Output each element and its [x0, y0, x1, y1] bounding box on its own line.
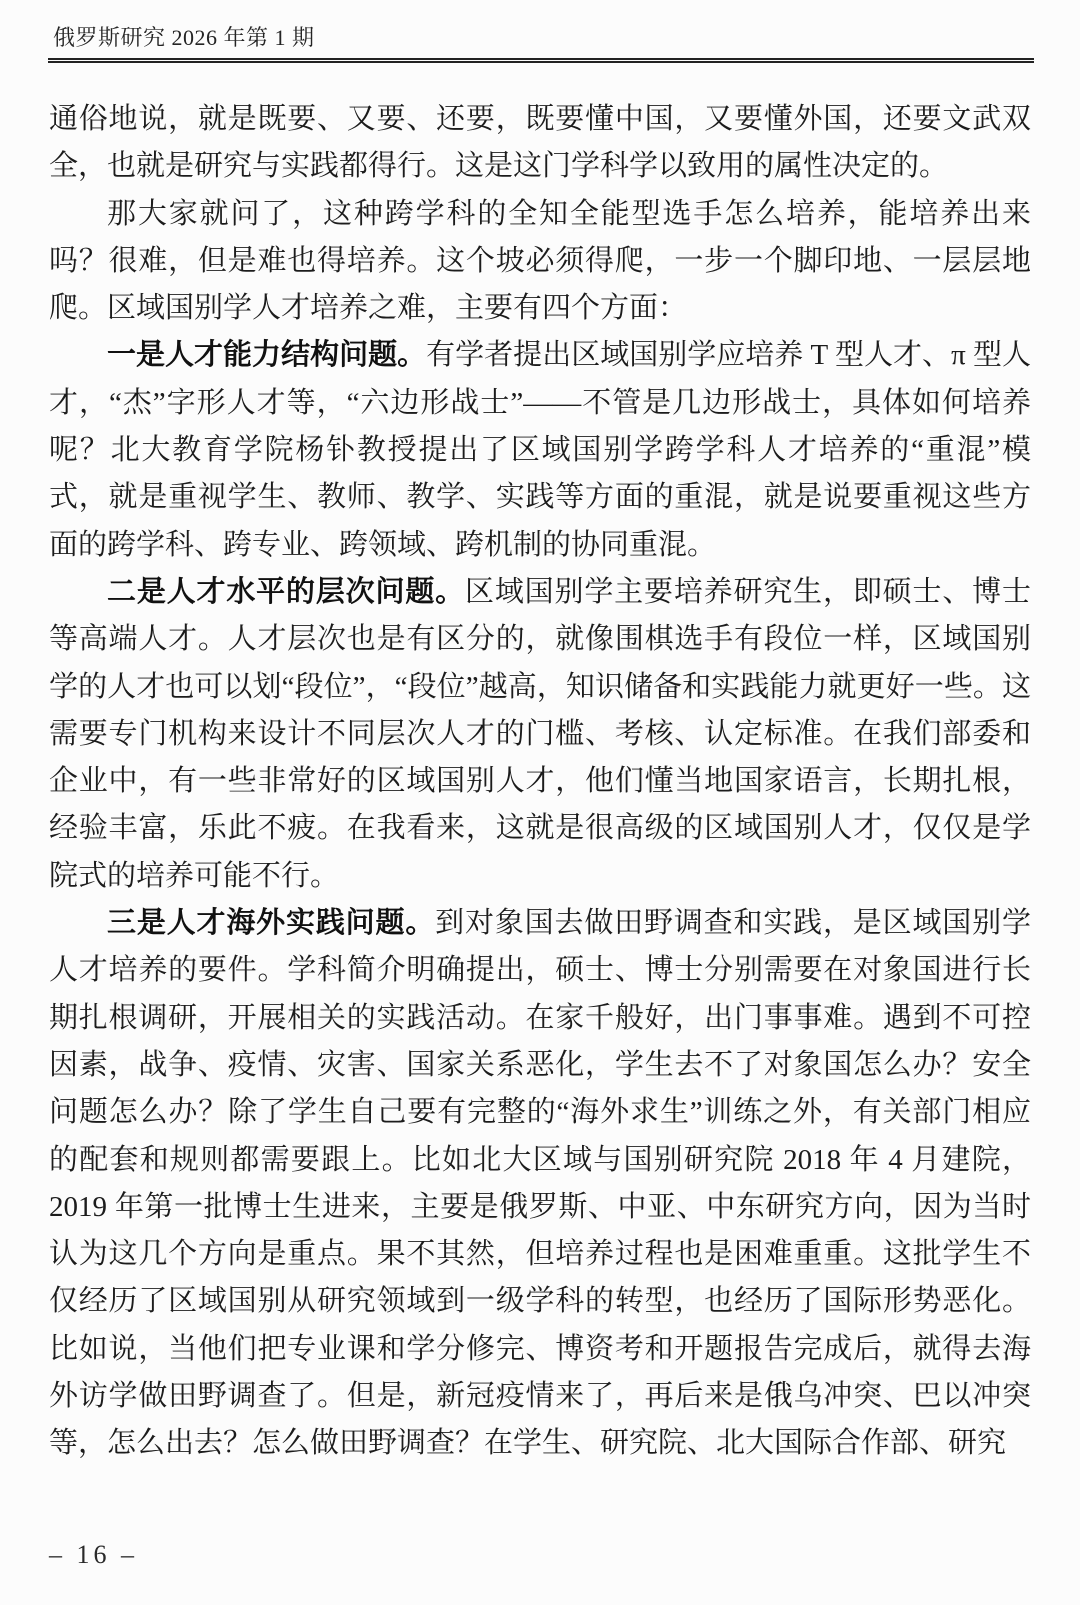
- journal-issue-header: 俄罗斯研究 2026 年第 1 期: [53, 25, 315, 51]
- paragraph-lead-bold: 三是人才海外实践问题。: [107, 907, 435, 939]
- paragraph-text: 到对象国去做田野调查和实践，是区域国别学人才培养的要件。学科简介明确提出，硕士、…: [49, 907, 1031, 1459]
- paragraph-lead-bold: 二是人才水平的层次问题。: [107, 576, 465, 608]
- paragraph-text: 那大家就问了，这种跨学科的全知全能型选手怎么培养，能培养出来吗？很难，但是难也得…: [49, 198, 1031, 325]
- header-double-rule: [48, 58, 1034, 63]
- paragraph-text: 区域国别学主要培养研究生，即硕士、博士等高端人才。人才层次也是有区分的，就像围棋…: [49, 576, 1031, 892]
- body-paragraph: 那大家就问了，这种跨学科的全知全能型选手怎么培养，能培养出来吗？很难，但是难也得…: [49, 191, 1031, 333]
- page-number: – 16 –: [49, 1540, 138, 1570]
- body-paragraph: 通俗地说，就是既要、又要、还要，既要懂中国，又要懂外国，还要文武双全，也就是研究…: [49, 96, 1031, 191]
- paragraph-text: 有学者提出区域国别学应培养 T 型人才、π 型人才，“杰”字形人才等，“六边形战…: [49, 339, 1031, 560]
- article-body: 通俗地说，就是既要、又要、还要，既要懂中国，又要懂外国，还要文武双全，也就是研究…: [49, 96, 1031, 1468]
- body-paragraph: 一是人才能力结构问题。有学者提出区域国别学应培养 T 型人才、π 型人才，“杰”…: [49, 332, 1031, 568]
- journal-page: 俄罗斯研究 2026 年第 1 期 通俗地说，就是既要、又要、还要，既要懂中国，…: [0, 0, 1080, 1605]
- paragraph-lead-bold: 一是人才能力结构问题。: [107, 339, 426, 371]
- body-paragraph: 二是人才水平的层次问题。区域国别学主要培养研究生，即硕士、博士等高端人才。人才层…: [49, 569, 1031, 900]
- paragraph-text: 通俗地说，就是既要、又要、还要，既要懂中国，又要懂外国，还要文武双全，也就是研究…: [49, 103, 1031, 182]
- body-paragraph: 三是人才海外实践问题。到对象国去做田野调查和实践，是区域国别学人才培养的要件。学…: [49, 900, 1031, 1468]
